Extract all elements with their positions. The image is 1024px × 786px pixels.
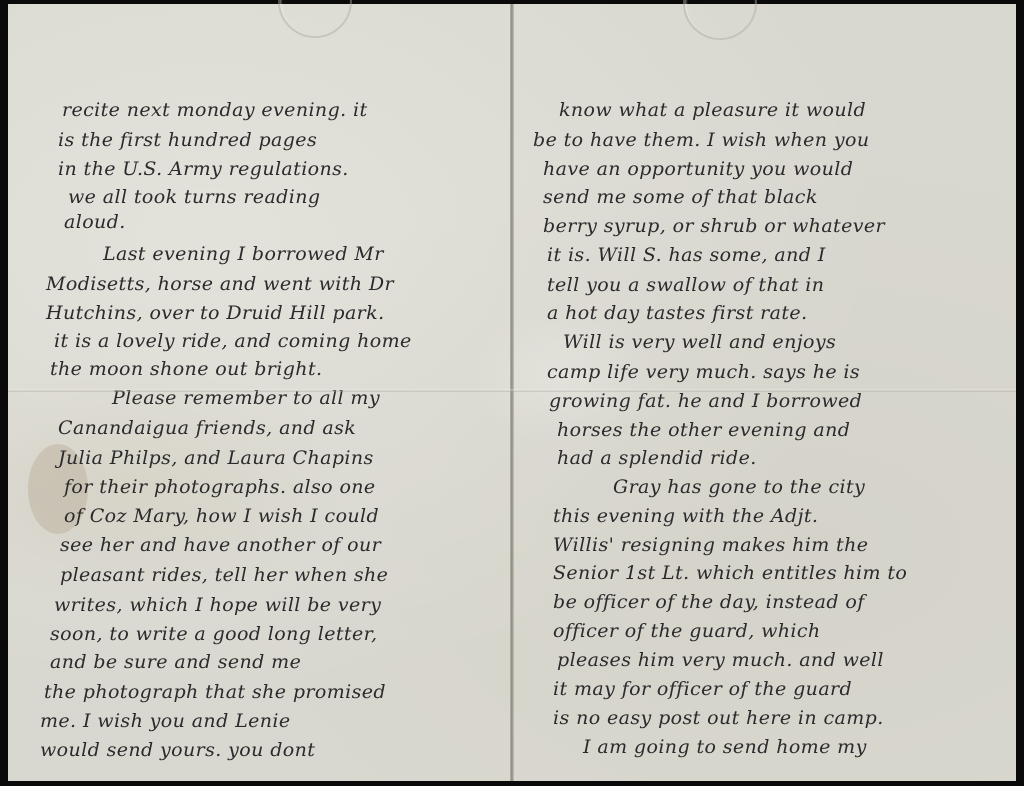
text-line: Gray has gone to the city [613, 476, 865, 498]
text-line: for their photographs. also one [64, 476, 376, 498]
text-line: Willis' resigning makes him the [553, 534, 868, 556]
text-line: Canandaigua friends, and ask [58, 417, 356, 439]
embossed-stamp [683, 0, 757, 40]
text-line: in the U.S. Army regulations. [58, 158, 349, 180]
text-line: would send yours. you dont [40, 739, 315, 761]
text-line: I am going to send home my [583, 736, 867, 758]
text-line: it is a lovely ride, and coming home [54, 330, 412, 352]
text-line: have an opportunity you would [543, 158, 853, 180]
text-line: growing fat. he and I borrowed [549, 390, 862, 412]
text-line: tell you a swallow of that in [547, 274, 824, 296]
text-line: had a splendid ride. [557, 447, 757, 469]
text-line: send me some of that black [543, 186, 818, 208]
text-line: and be sure and send me [50, 651, 301, 673]
text-line: it is. Will S. has some, and I [547, 244, 826, 266]
text-line: recite next monday evening. it [62, 99, 368, 121]
text-line: Senior 1st Lt. which entitles him to [553, 562, 907, 584]
text-line: Will is very well and enjoys [563, 331, 836, 353]
letter-scan: recite next monday evening. it is the fi… [8, 4, 1016, 781]
text-line: the moon shone out bright. [50, 358, 322, 380]
text-line: is the first hundred pages [58, 129, 317, 151]
text-line: it may for officer of the guard [553, 678, 852, 700]
text-line: is no easy post out here in camp. [553, 707, 884, 729]
embossed-stamp [278, 0, 352, 38]
text-line: me. I wish you and Lenie [40, 710, 291, 732]
text-line: Julia Philps, and Laura Chapins [58, 447, 374, 469]
text-line: pleasant rides, tell her when she [60, 564, 388, 586]
text-line: aloud. [64, 211, 126, 233]
text-line: Last evening I borrowed Mr [103, 243, 384, 265]
text-line: be to have them. I wish when you [533, 129, 870, 151]
right-page: know what a pleasure it would be to have… [513, 4, 1016, 781]
text-line: we all took turns reading [68, 186, 320, 208]
text-line: berry syrup, or shrub or whatever [543, 215, 885, 237]
text-line: horses the other evening and [557, 419, 850, 441]
text-line: of Coz Mary, how I wish I could [64, 505, 379, 527]
left-page: recite next monday evening. it is the fi… [8, 4, 511, 781]
text-line: this evening with the Adjt. [553, 505, 818, 527]
text-line: be officer of the day, instead of [553, 591, 865, 613]
text-line: pleases him very much. and well [557, 649, 884, 671]
text-line: officer of the guard, which [553, 620, 821, 642]
text-line: Hutchins, over to Druid Hill park. [46, 302, 385, 324]
text-line: the photograph that she promised [44, 681, 386, 703]
text-line: soon, to write a good long letter, [50, 623, 377, 645]
text-line: know what a pleasure it would [559, 99, 866, 121]
text-line: a hot day tastes first rate. [547, 302, 808, 324]
text-line: Modisetts, horse and went with Dr [46, 273, 394, 295]
text-line: see her and have another of our [60, 534, 381, 556]
text-line: writes, which I hope will be very [54, 594, 381, 616]
text-line: camp life very much. says he is [547, 361, 860, 383]
